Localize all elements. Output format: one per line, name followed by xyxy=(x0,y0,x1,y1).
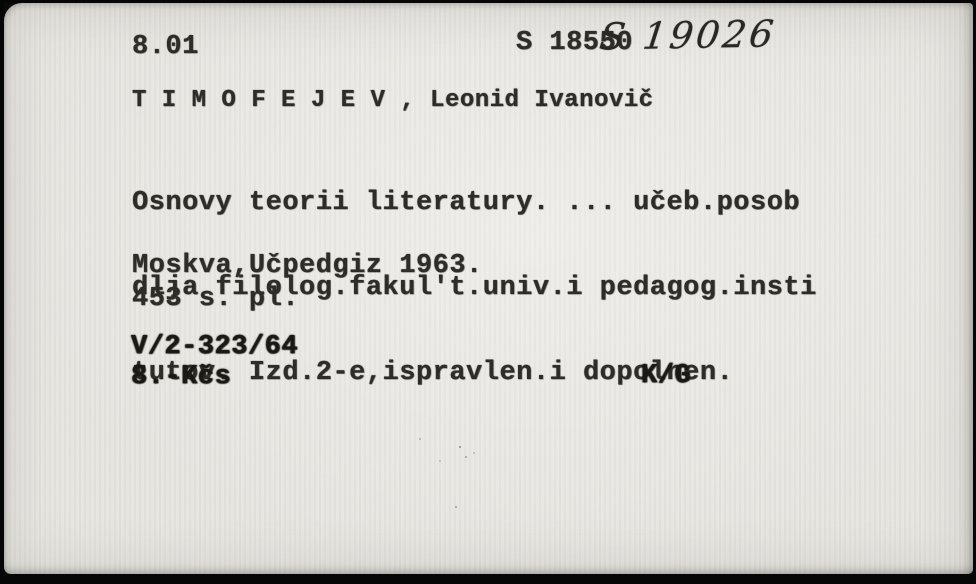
ink-specks xyxy=(459,446,461,448)
handwritten-shelfmark: S 19026 xyxy=(598,15,779,55)
sigla: K/G xyxy=(641,363,691,390)
ink-layer: 8.01 S 18550 S 19026 T I M O F E J E V ,… xyxy=(4,3,973,574)
classification-number: 8.01 xyxy=(132,34,199,61)
catalog-card: 8.01 S 18550 S 19026 T I M O F E J E V ,… xyxy=(4,3,973,574)
imprint-line: Moskva,Učpedgiz 1963. xyxy=(132,253,483,280)
title-line: Osnovy teorii literatury. ... učeb.posob xyxy=(132,190,817,221)
author-heading: T I M O F E J E V , Leonid Ivanovič xyxy=(132,89,654,113)
collation-line: 453 s. pl. xyxy=(132,286,299,313)
price: 8.-Kčs xyxy=(131,364,231,391)
title-line: tutov. Izd.2-e,ispravlen.i dopolnen. xyxy=(132,360,817,391)
accession-number: V/2-323/64 xyxy=(131,334,298,361)
